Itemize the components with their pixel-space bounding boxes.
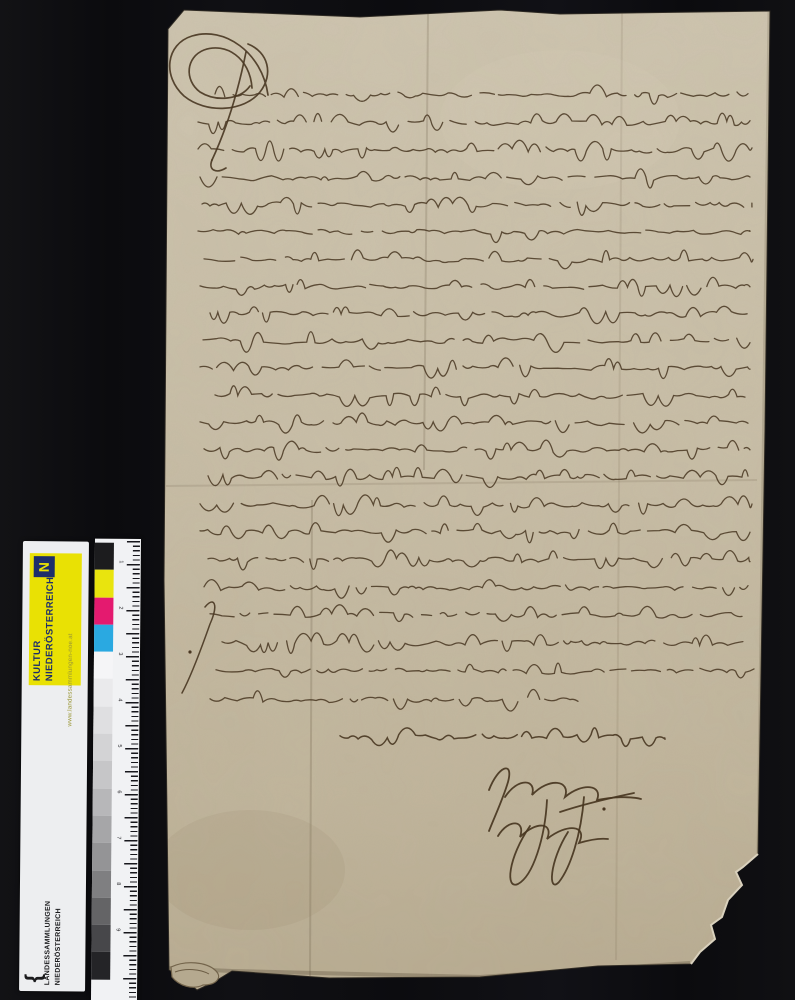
- ruler-number: 5: [116, 742, 122, 750]
- ruler-number: 2: [117, 604, 123, 612]
- paper-highlight: [440, 50, 680, 190]
- noe-logo-letter: N: [37, 562, 51, 572]
- color-patch: [94, 570, 113, 597]
- color-patch-column: [91, 543, 114, 980]
- color-patch: [93, 788, 112, 815]
- noe-logo: N: [34, 556, 55, 577]
- color-calibration-strip: N KULTUR NIEDERÖSTERREICH www.landessamm…: [18, 538, 142, 1000]
- institution-label: { LANDESSAMMLUNGEN NIEDERÖSTERREICH: [43, 885, 65, 985]
- color-patch: [92, 870, 111, 897]
- brand-card: N KULTUR NIEDERÖSTERREICH www.landessamm…: [19, 541, 89, 992]
- ruler-number: 1: [118, 558, 124, 566]
- color-patch: [91, 925, 110, 952]
- archival-photo-stage: N KULTUR NIEDERÖSTERREICH www.landessamm…: [0, 0, 795, 1000]
- color-patch: [92, 843, 111, 870]
- ruler-number: 8: [115, 880, 121, 888]
- color-patch: [93, 706, 112, 733]
- margin-mark-dot: [188, 650, 191, 653]
- color-patch: [95, 543, 114, 570]
- color-patch: [93, 761, 112, 788]
- paper-stain: [155, 810, 345, 930]
- ruler-number: 9: [115, 926, 121, 934]
- signature-dot: [602, 807, 605, 810]
- ruler-number: 6: [116, 788, 122, 796]
- color-patch: [94, 679, 113, 706]
- ruler: 123456789: [91, 539, 141, 1000]
- color-patch: [91, 952, 110, 979]
- ruler-number: 7: [115, 834, 121, 842]
- ruler-number: 4: [117, 696, 123, 704]
- ruler-number: 3: [117, 650, 123, 658]
- color-patch: [92, 897, 111, 924]
- website-url: www.landessammlungen-noe.at: [66, 596, 74, 726]
- color-patch: [94, 625, 113, 652]
- kultur-label: KULTUR NIEDERÖSTERREICH: [32, 581, 58, 681]
- color-patch: [94, 652, 113, 679]
- color-patch: [92, 816, 111, 843]
- ruler-cm-ticks: [123, 541, 140, 1000]
- color-patch: [93, 734, 112, 761]
- color-patch: [94, 597, 113, 624]
